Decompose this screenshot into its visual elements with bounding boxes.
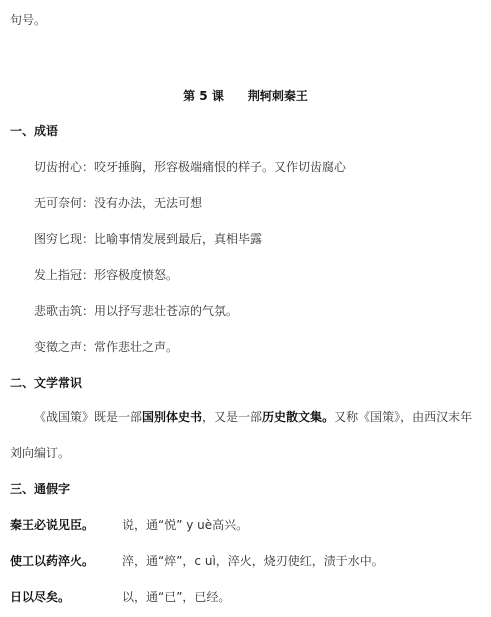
paragraph-text: 《战国策》既是一部 [34, 410, 142, 424]
tongjia-note: 说，通“悦” y uè高兴。 [122, 517, 248, 533]
emphasis-text: 历史散文集 [262, 410, 322, 424]
idiom-term: 发上指冠 [34, 268, 82, 282]
tongjia-item: 秦王必说见臣。 说，通“悦” y uè高兴。 [10, 517, 490, 533]
idiom-definition: 咬牙捶胸，形容极端痛恨的样子。又作切齿腐心 [94, 160, 346, 174]
separator: ： [82, 340, 94, 354]
separator: ： [82, 196, 94, 210]
lesson-name: 荆轲刺秦王 [248, 89, 308, 103]
lesson-title: 第 5 课荆轲刺秦王 [0, 88, 491, 104]
section-heading-idioms: 一、成语 [10, 123, 58, 139]
separator: ： [82, 232, 94, 246]
idiom-item: 变徵之声：常作悲壮之声。 [34, 339, 178, 355]
idiom-term: 图穷匕现 [34, 232, 82, 246]
literature-paragraph-line2: 刘向编订。 [10, 445, 70, 461]
tongjia-sentence: 秦王必说见臣。 [10, 518, 94, 532]
punctuation: 。 [322, 410, 334, 424]
idiom-term: 悲歌击筑 [34, 304, 82, 318]
idiom-term: 变徵之声 [34, 340, 82, 354]
tongjia-sentence: 使工以药淬火。 [10, 554, 94, 568]
emphasis-text: 国别体史书 [142, 410, 202, 424]
paragraph-text: 又称《国策》，由西汉末年 [334, 410, 472, 424]
idiom-definition: 常作悲壮之声。 [94, 340, 178, 354]
section-heading-literature: 二、文学常识 [10, 375, 82, 391]
paragraph-text: ，又是一部 [202, 410, 262, 424]
lesson-number: 第 5 课 [183, 89, 224, 103]
section-heading-tongjia: 三、通假字 [10, 481, 70, 497]
literature-paragraph-line1: 《战国策》既是一部国别体史书，又是一部历史散文集。又称《国策》，由西汉末年 [34, 409, 472, 425]
tongjia-sentence: 日以尽矣。 [10, 590, 70, 604]
idiom-definition: 比喻事情发展到最后，真相毕露 [94, 232, 262, 246]
idiom-definition: 用以抒写悲壮苍凉的气氛。 [94, 304, 238, 318]
separator: ： [82, 304, 94, 318]
idiom-item: 切齿拊心：咬牙捶胸，形容极端痛恨的样子。又作切齿腐心 [34, 159, 346, 175]
idiom-item: 无可奈何：没有办法，无法可想 [34, 195, 202, 211]
tongjia-note: 淬，通“焠”，c uì，淬火，烧刃使红，渍于水中。 [122, 553, 384, 569]
idiom-term: 无可奈何 [34, 196, 82, 210]
idiom-item: 发上指冠：形容极度愤怒。 [34, 267, 178, 283]
top-fragment-text: 句号。 [10, 12, 46, 28]
tongjia-item: 日以尽矣。 以，通“已”，已经。 [10, 589, 490, 605]
idiom-definition: 形容极度愤怒。 [94, 268, 178, 282]
idiom-term: 切齿拊心 [34, 160, 82, 174]
idiom-item: 悲歌击筑：用以抒写悲壮苍凉的气氛。 [34, 303, 238, 319]
tongjia-item: 使工以药淬火。 淬，通“焠”，c uì，淬火，烧刃使红，渍于水中。 [10, 553, 490, 569]
idiom-definition: 没有办法，无法可想 [94, 196, 202, 210]
separator: ： [82, 160, 94, 174]
idiom-item: 图穷匕现：比喻事情发展到最后，真相毕露 [34, 231, 262, 247]
separator: ： [82, 268, 94, 282]
tongjia-note: 以，通“已”，已经。 [122, 589, 230, 605]
